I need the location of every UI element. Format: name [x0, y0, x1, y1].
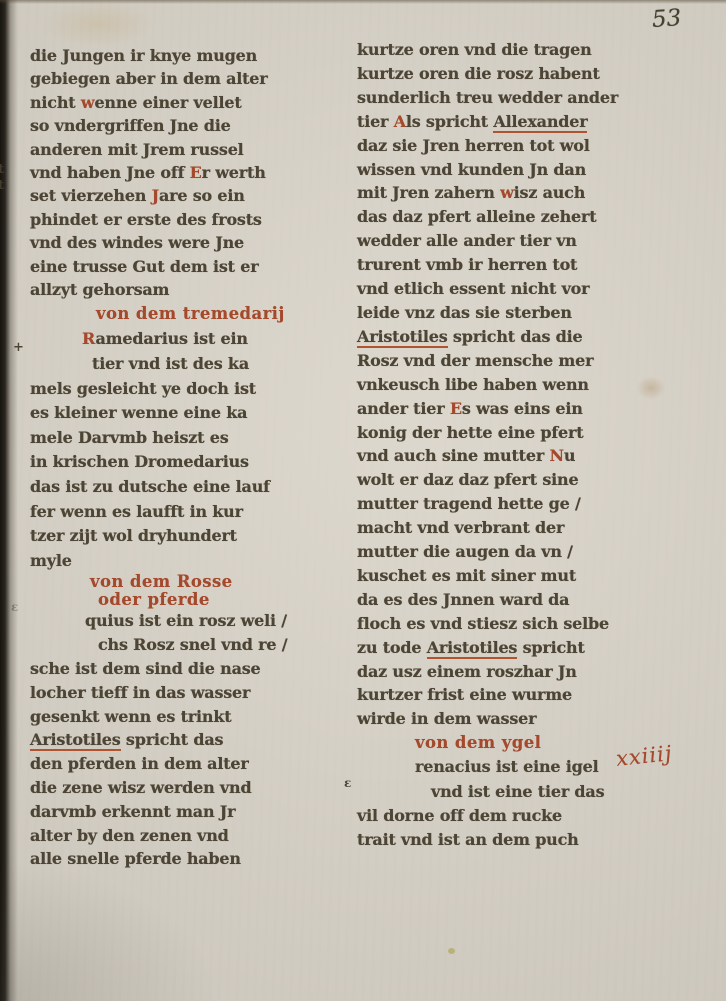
ink-text: tier — [357, 112, 394, 131]
ink-text: tier vnd ist des ka — [92, 354, 249, 373]
manuscript-text-line: wissen vnd kunden Jn dan — [357, 158, 691, 182]
text-column-right: kurtze oren vnd die tragenkurtze oren di… — [357, 38, 691, 852]
ink-text: zu tode — [357, 638, 427, 657]
manuscript-text-line: konig der hette eine pfert — [357, 421, 691, 445]
rubric-text: E — [450, 399, 462, 418]
rubric-text: E — [190, 163, 202, 182]
ink-text: darvmb erkennt man Jr — [30, 802, 235, 821]
manuscript-text-line: vnd des windes were Jne — [30, 231, 352, 254]
ink-text: kuschet es mit siner mut — [357, 566, 576, 585]
ink-text: die Jungen ir knye mugen — [30, 46, 257, 65]
ink-text: den pferden in dem alter — [30, 754, 249, 773]
rubric-text: R — [82, 329, 95, 348]
ink-text: gesenkt wenn es trinkt — [30, 707, 231, 726]
manuscript-text-line: darvmb erkennt man Jr — [30, 800, 352, 824]
ink-text: konig der hette eine pfert — [357, 423, 583, 442]
ink-text: da es des Jnnen ward da — [357, 590, 569, 609]
manuscript-text-line: in krischen Dromedarius — [30, 450, 352, 475]
ink-text: es kleiner wenne eine ka — [30, 403, 247, 422]
ink-text: ls spricht — [406, 112, 494, 131]
rubric-text: w — [500, 183, 514, 202]
rubric-text: J — [152, 186, 159, 205]
ink-text: daz usz einem roszhar Jn — [357, 662, 577, 681]
ink-text: spricht das — [121, 730, 224, 749]
manuscript-text-line: das daz pfert alleine zehert — [357, 205, 691, 229]
manuscript-text-line: mele Darvmb heiszt es — [30, 426, 352, 451]
manuscript-text-line: daz usz einem roszhar Jn — [357, 660, 691, 684]
manuscript-text-line: mutter tragend hette ge / — [357, 492, 691, 516]
bottom-left-shading — [0, 861, 220, 1001]
ink-text: tzer zijt wol dryhundert — [30, 526, 237, 545]
manuscript-text-line: sunderlich treu wedder ander — [357, 86, 691, 110]
parchment-stain — [38, 0, 158, 48]
manuscript-text-line: phindet er erste des frosts — [30, 208, 352, 231]
ink-text: isz auch — [514, 183, 586, 202]
ink-text: trait vnd ist an dem puch — [357, 830, 579, 849]
manuscript-text-line: kurtze oren vnd die tragen — [357, 38, 691, 62]
manuscript-text-line: wolt er daz daz pfert sine — [357, 468, 691, 492]
ink-text: gebiegen aber in dem alter — [30, 69, 268, 88]
ink-text: leide vnz das sie sterben — [357, 303, 572, 322]
text-column-left: die Jungen ir knye mugengebiegen aber in… — [30, 44, 352, 871]
manuscript-text-line: Ramedarius ist ein — [30, 327, 352, 352]
ink-text: spricht das die — [448, 327, 583, 346]
ink-text: mels gesleicht ye doch ist — [30, 379, 256, 398]
red-underlined-word: Aristotiles — [30, 730, 121, 751]
manuscript-text-line: Aristotiles spricht das — [30, 728, 352, 752]
ink-text: wolt er daz daz pfert sine — [357, 470, 578, 489]
ink-text: anderen mit Jrem russel — [30, 140, 244, 159]
manuscript-text-line: es kleiner wenne eine ka — [30, 401, 352, 426]
ink-text: das ist zu dutsche eine lauf — [30, 477, 270, 496]
ink-text: nicht — [30, 93, 81, 112]
ink-text: renacius ist eine igel — [415, 757, 598, 776]
ink-text: wirde in dem wasser — [357, 709, 536, 728]
manuscript-text-line: mit Jren zahern wisz auch — [357, 181, 691, 205]
edge-mark: t — [0, 178, 4, 193]
margin-mark: ɛ — [11, 600, 18, 614]
manuscript-text-line: macht vnd verbrant der — [357, 516, 691, 540]
ink-text: quius ist ein rosz weli / — [85, 611, 287, 630]
manuscript-text-line: tier Als spricht Allexander — [357, 110, 691, 134]
ink-text: locher tieff in das wasser — [30, 683, 250, 702]
manuscript-text-line: die Jungen ir knye mugen — [30, 44, 352, 67]
ink-text: spricht — [517, 638, 584, 657]
manuscript-text-line: da es des Jnnen ward da — [357, 588, 691, 612]
ink-text: ander tier — [357, 399, 450, 418]
ink-text: vnd ist eine tier das — [431, 782, 604, 801]
manuscript-text-line: trait vnd ist an dem puch — [357, 828, 691, 852]
rubric-text: A — [394, 112, 406, 131]
ink-text: mit Jren zahern — [357, 183, 500, 202]
ink-text: s was eins ein — [462, 399, 583, 418]
ink-text: mutter die augen da vn / — [357, 542, 573, 561]
manuscript-text-line: kuschet es mit siner mut — [357, 564, 691, 588]
rubric-text: von dem tremedarij — [96, 304, 285, 323]
manuscript-text-line: mutter die augen da vn / — [357, 540, 691, 564]
ink-text: in krischen Dromedarius — [30, 452, 249, 471]
rubric-text: N — [549, 446, 563, 465]
manuscript-text-line: allzyt gehorsam — [30, 278, 352, 301]
manuscript-text-line: kurtze oren die rosz habent — [357, 62, 691, 86]
manuscript-text-line: kurtzer frist eine wurme — [357, 683, 691, 707]
ink-text: so vndergriffen Jne die — [30, 116, 231, 135]
ink-text: chs Rosz snel vnd re / — [98, 635, 287, 654]
ink-text: r werth — [202, 163, 266, 182]
ink-text: vnd des windes were Jne — [30, 233, 244, 252]
manuscript-text-line: leide vnz das sie sterben — [357, 301, 691, 325]
rubric-heading-line: von dem Rosse — [30, 573, 352, 591]
manuscript-text-line: alle snelle pferde haben — [30, 847, 352, 871]
manuscript-text-line: sche ist dem sind die nase — [30, 657, 352, 681]
manuscript-text-line: gebiegen aber in dem alter — [30, 67, 352, 90]
manuscript-text-line: nicht wenne einer vellet — [30, 91, 352, 114]
rubric-text: von dem Rosse — [90, 572, 233, 591]
ink-text: die zene wisz werden vnd — [30, 778, 251, 797]
ink-text: phindet er erste des frosts — [30, 210, 262, 229]
manuscript-text-line: tier vnd ist des ka — [30, 352, 352, 377]
ink-text: wissen vnd kunden Jn dan — [357, 160, 586, 179]
manuscript-text-line: Rosz vnd der mensche mer — [357, 349, 691, 373]
ink-text: trurent vmb ir herren tot — [357, 255, 577, 274]
ink-text: vnkeusch libe haben wenn — [357, 375, 589, 394]
ink-text: u — [564, 446, 575, 465]
red-underlined-word: Aristotiles — [427, 638, 518, 659]
ink-text: mutter tragend hette ge / — [357, 494, 581, 513]
ink-text: kurtze oren die rosz habent — [357, 64, 600, 83]
page-left-edge-shadow — [0, 0, 18, 1001]
ink-text: amedarius ist ein — [95, 329, 247, 348]
parchment-speck — [448, 948, 455, 954]
manuscript-text-line: alter by den zenen vnd — [30, 824, 352, 848]
manuscript-text-line: floch es vnd stiesz sich selbe — [357, 612, 691, 636]
folio-number: 53 — [651, 5, 682, 33]
rubric-text: von dem ygel — [415, 733, 541, 752]
manuscript-text-line: eine trusse Gut dem ist er — [30, 255, 352, 278]
ink-text: das daz pfert alleine zehert — [357, 207, 596, 226]
ink-text: are so ein — [159, 186, 245, 205]
manuscript-text-line: vnkeusch libe haben wenn — [357, 373, 691, 397]
ink-text: vnd etlich essent nicht vor — [357, 279, 589, 298]
rubric-text: w — [81, 93, 95, 112]
rubric-heading-line: von dem tremedarij — [30, 301, 352, 327]
manuscript-text-line: das ist zu dutsche eine lauf — [30, 475, 352, 500]
manuscript-text-line: wedder alle ander tier vn — [357, 229, 691, 253]
edge-mark: t — [0, 162, 4, 177]
ink-text: daz sie Jren herren tot wol — [357, 136, 590, 155]
ink-text: fer wenn es laufft in kur — [30, 502, 243, 521]
red-underlined-word: Aristotiles — [357, 327, 448, 348]
ink-text: Rosz vnd der mensche mer — [357, 351, 593, 370]
manuscript-text-line: die zene wisz werden vnd — [30, 776, 352, 800]
manuscript-text-line: den pferden in dem alter — [30, 752, 352, 776]
manuscript-text-line: mels gesleicht ye doch ist — [30, 377, 352, 402]
manuscript-text-line: daz sie Jren herren tot wol — [357, 134, 691, 158]
manuscript-text-line: chs Rosz snel vnd re / — [30, 633, 352, 657]
manuscript-text-line: myle — [30, 549, 352, 574]
red-underlined-word: Allexander — [493, 112, 587, 133]
manuscript-text-line: zu tode Aristotiles spricht — [357, 636, 691, 660]
manuscript-text-line: ander tier Es was eins ein — [357, 397, 691, 421]
manuscript-text-line: fer wenn es laufft in kur — [30, 500, 352, 525]
ink-text: set vierzehen — [30, 186, 152, 205]
manuscript-text-line: quius ist ein rosz weli / — [30, 609, 352, 633]
ink-text: vnd auch sine mutter — [357, 446, 549, 465]
ink-text: sche ist dem sind die nase — [30, 659, 261, 678]
ink-text: eine trusse Gut dem ist er — [30, 257, 258, 276]
ink-text: enne einer vellet — [94, 93, 241, 112]
manuscript-text-line: tzer zijt wol dryhundert — [30, 524, 352, 549]
margin-mark: ɛ — [344, 776, 351, 790]
ink-text: kurtzer frist eine wurme — [357, 685, 572, 704]
manuscript-text-line: vnd auch sine mutter Nu — [357, 444, 691, 468]
manuscript-text-line: gesenkt wenn es trinkt — [30, 705, 352, 729]
paragraph-mark: + — [13, 340, 24, 355]
manuscript-text-line: vnd haben Jne off Er werth — [30, 161, 352, 184]
manuscript-text-line: vil dorne off dem rucke — [357, 804, 691, 828]
ink-text: allzyt gehorsam — [30, 280, 169, 299]
ink-text: alle snelle pferde haben — [30, 849, 241, 868]
ink-text: alter by den zenen vnd — [30, 826, 229, 845]
manuscript-text-line: vnd etlich essent nicht vor — [357, 277, 691, 301]
ink-text: mele Darvmb heiszt es — [30, 428, 229, 447]
ink-text: sunderlich treu wedder ander — [357, 88, 618, 107]
manuscript-text-line: locher tieff in das wasser — [30, 681, 352, 705]
manuscript-text-line: vnd ist eine tier das — [357, 780, 691, 804]
manuscript-text-line: trurent vmb ir herren tot — [357, 253, 691, 277]
ink-text: wedder alle ander tier vn — [357, 231, 577, 250]
manuscript-text-line: so vndergriffen Jne die — [30, 114, 352, 137]
ink-text: myle — [30, 551, 72, 570]
ink-text: kurtze oren vnd die tragen — [357, 40, 592, 59]
ink-text: macht vnd verbrant der — [357, 518, 564, 537]
manuscript-page: 53 die Jungen ir knye mugengebiegen aber… — [0, 0, 726, 1001]
manuscript-text-line: wirde in dem wasser — [357, 707, 691, 731]
rubric-text: oder pferde — [98, 590, 210, 609]
ink-text: floch es vnd stiesz sich selbe — [357, 614, 609, 633]
manuscript-text-line: anderen mit Jrem russel — [30, 138, 352, 161]
manuscript-text-line: set vierzehen Jare so ein — [30, 184, 352, 207]
rubric-heading-line: oder pferde — [30, 591, 352, 609]
ink-text: vnd haben Jne off — [30, 163, 190, 182]
ink-text: vil dorne off dem rucke — [357, 806, 562, 825]
manuscript-text-line: Aristotiles spricht das die — [357, 325, 691, 349]
